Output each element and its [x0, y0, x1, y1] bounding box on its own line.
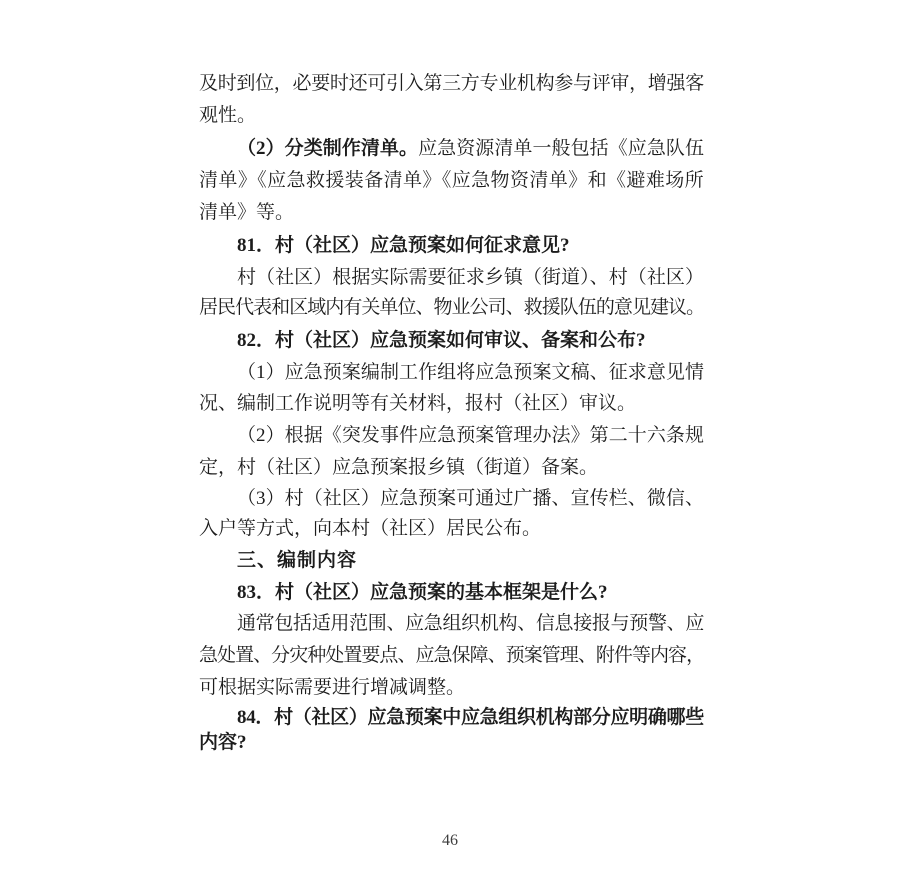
text-line: 可根据实际需要进行增减调整。 [199, 677, 465, 698]
text-line: （2）根据《突发事件应急预案管理办法》第二十六条规 [237, 425, 704, 446]
text-line: 清单》《应急救援装备清单》《应急物资清单》和《避难场所 [199, 170, 704, 191]
text-line: 村（社区）根据实际需要征求乡镇（街道）、村（社区） [237, 267, 704, 288]
page-number: 46 [10, 832, 890, 850]
text-line: 81．村（社区）应急预案如何征求意见? [237, 235, 570, 256]
text-line: （2）分类制作清单。应急资源清单一般包括《应急队伍 [237, 138, 704, 159]
text-line: 入户等方式，向本村（社区）居民公布。 [199, 518, 541, 539]
text-line: 观性。 [199, 105, 256, 126]
text-line: 况、编制工作说明等有关材料，报村（社区）审议。 [199, 393, 636, 414]
text-line: 83．村（社区）应急预案的基本框架是什么? [237, 582, 608, 603]
document-page: 及时到位，必要时还可引入第三方专业机构参与评审，增强客观性。（2）分类制作清单。… [0, 0, 900, 871]
text-line: 清单》等。 [199, 202, 294, 223]
text-line: 三、编制内容 [237, 550, 357, 571]
text-line: 84．村（社区）应急预案中应急组织机构部分应明确哪些 [237, 707, 704, 728]
text-line: 及时到位，必要时还可引入第三方专业机构参与评审，增强客 [199, 73, 704, 94]
text-line: 内容? [199, 732, 247, 753]
text-line: （3）村（社区）应急预案可通过广播、宣传栏、微信、 [237, 488, 704, 509]
text-line: 通常包括适用范围、应急组织机构、信息接报与预警、应 [237, 613, 704, 634]
text-line: 82．村（社区）应急预案如何审议、备案和公布? [237, 330, 646, 351]
text-line: 居民代表和区域内有关单位、物业公司、救援队伍的意见建议。 [199, 297, 704, 318]
text-line: 定，村（社区）应急预案报乡镇（街道）备案。 [199, 457, 598, 478]
text-line: 急处置、分灾种处置要点、应急保障、预案管理、附件等内容， [199, 645, 704, 666]
text-line: （1）应急预案编制工作组将应急预案文稿、征求意见情 [237, 362, 704, 383]
